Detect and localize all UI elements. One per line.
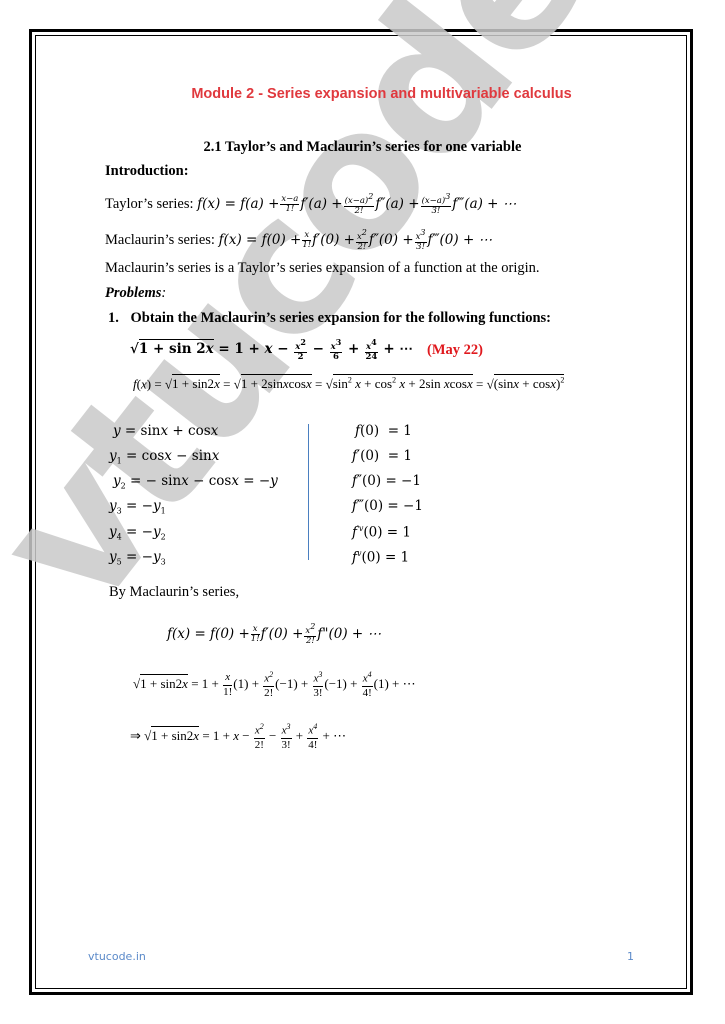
taylor-series-line: Taylor’s series: f(x) = f(a) +x−a1!f′(a)… [105, 193, 516, 216]
footer-site-link[interactable]: vtucode.in [88, 950, 146, 963]
taylor-formula: f(x) = f(a) +x−a1!f′(a) +(x−a)22!f″(a) +… [197, 196, 516, 212]
maclaurin-series-line: Maclaurin’s series: f(x) = f(0) +x1!f′(0… [105, 229, 492, 252]
maclaurin-note: Maclaurin’s series is a Taylor’s series … [105, 260, 540, 277]
maclaurin-formula: f(x) = f(0) +x1!f′(0) +x22!f″(0) +x33!f‴… [219, 232, 493, 248]
derivative-lhs-1: y1 = cosx − sinx [109, 448, 219, 466]
problem-1: 1. Obtain the Maclaurin’s series expansi… [108, 310, 551, 327]
exam-tag: (May 22) [427, 342, 483, 359]
problem-number: 1. [108, 310, 119, 326]
problem-text: Obtain the Maclaurin’s series expansion … [131, 310, 552, 326]
derivative-value-5: fv(0) = 1 [352, 549, 409, 566]
derivative-value-4: f′v(0) = 1 [352, 524, 411, 541]
page-number: 1 [627, 950, 634, 963]
problems-heading: Problems: [105, 285, 166, 302]
maclaurin-label: Maclaurin’s series: [105, 232, 215, 248]
module-title: Module 2 - Series expansion and multivar… [0, 86, 725, 102]
section-heading: 2.1 Taylor’s and Maclaurin’s series for … [0, 139, 725, 156]
series-substituted: √1 + sin2x = 1 + x1!(1) + x22!(−1) + x33… [133, 670, 416, 700]
derivative-lhs-0: y = sinx + cosx [113, 423, 218, 439]
introduction-label: Introduction: [105, 163, 189, 180]
derivative-value-3: f‴(0) = −1 [352, 498, 423, 514]
derivative-value-2: f″(0) = −1 [352, 473, 421, 489]
derivative-lhs-3: y3 = −y1 [109, 498, 166, 516]
taylor-label: Taylor’s series: [105, 196, 194, 212]
step-fx: f(x) = √1 + sin2x = √1 + 2sinxcosx = √si… [133, 376, 564, 392]
derivative-lhs-2: y2 = − sinx − cosx = −y [113, 473, 278, 491]
series-result: ⇒ √1 + sin2x = 1 + x − x22! − x33! + x44… [130, 722, 346, 752]
derivative-lhs-4: y4 = −y2 [109, 524, 166, 542]
derivative-value-1: f′(0) = 1 [352, 448, 412, 464]
derivative-value-0: f(0) = 1 [355, 423, 412, 439]
series-general: f(x) = f(0) +x1!f′(0) +x22!f"(0) + ⋯ [167, 623, 381, 646]
document-page: Module 2 - Series expansion and multivar… [0, 0, 725, 1024]
column-divider [308, 424, 309, 560]
derivative-lhs-5: y5 = −y3 [109, 549, 166, 567]
by-maclaurin-text: By Maclaurin’s series, [109, 584, 239, 601]
problem-statement: √1 + sin 2x = 1 + x − x22 − x36 + x424 +… [130, 338, 413, 362]
